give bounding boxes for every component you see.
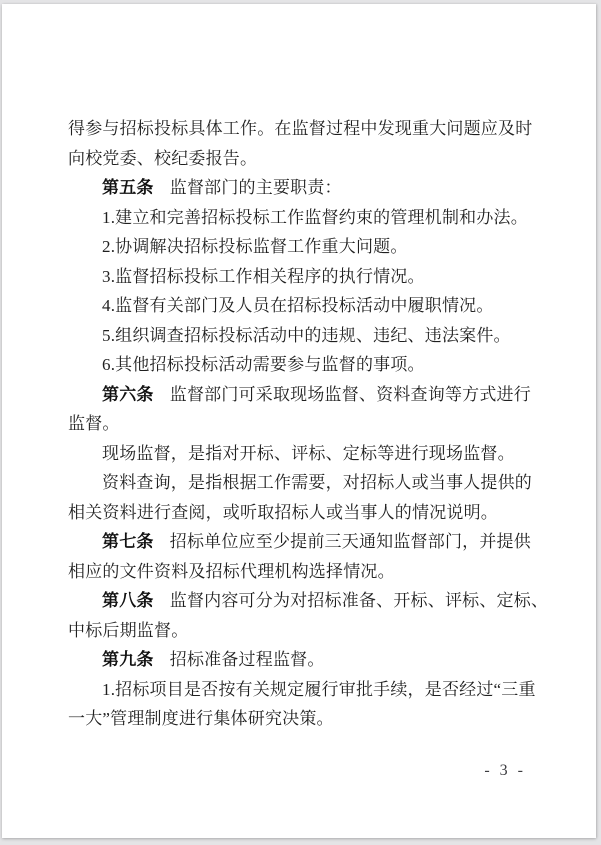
- line-text: 1.建立和完善招标投标工作监督约束的管理机制和办法。: [102, 208, 528, 227]
- text-line: 中标后期监督。: [68, 616, 530, 646]
- line-text: 监督。: [68, 414, 120, 433]
- line-text: 中标后期监督。: [68, 621, 188, 640]
- line-text: 向校党委、校纪委报告。: [68, 149, 257, 168]
- line-text: 招标单位应至少提前三天通知监督部门，并提供: [170, 532, 531, 551]
- document-page: 得参与招标投标具体工作。在监督过程中发现重大问题应及时 向校党委、校纪委报告。 …: [2, 4, 596, 838]
- text-line: 相应的文件资料及招标代理机构选择情况。: [68, 557, 530, 587]
- list-item-line: 6.其他招标投标活动需要参与监督的事项。: [68, 350, 530, 380]
- article-heading-line: 第五条监督部门的主要职责：: [68, 173, 530, 203]
- line-text: 2.协调解决招标投标监督工作重大问题。: [102, 237, 408, 256]
- page-number: - 3 -: [484, 761, 526, 781]
- line-text: 监督内容可分为对招标准备、开标、评标、定标、: [170, 591, 548, 610]
- scan-background: 得参与招标投标具体工作。在监督过程中发现重大问题应及时 向校党委、校纪委报告。 …: [0, 0, 601, 845]
- text-line: 向校党委、校纪委报告。: [68, 144, 530, 174]
- line-text: 1.招标项目是否按有关规定履行审批手续，是否经过“三重: [102, 680, 536, 699]
- text-line: 相关资料进行查阅，或听取招标人或当事人的情况说明。: [68, 498, 530, 528]
- line-text: 5.组织调查招标投标活动中的违规、违纪、违法案件。: [102, 326, 511, 345]
- line-text: 监督部门的主要职责：: [170, 178, 342, 197]
- line-text: 相关资料进行查阅，或听取招标人或当事人的情况说明。: [68, 503, 498, 522]
- article-heading-line: 第七条招标单位应至少提前三天通知监督部门，并提供: [68, 527, 530, 557]
- line-text: 相应的文件资料及招标代理机构选择情况。: [68, 562, 395, 581]
- line-text: 6.其他招标投标活动需要参与监督的事项。: [102, 355, 425, 374]
- article-number: 第七条: [102, 532, 154, 551]
- line-text: 4.监督有关部门及人员在招标投标活动中履职情况。: [102, 296, 494, 315]
- article-number: 第六条: [102, 385, 154, 404]
- text-line: 资料查询，是指根据工作需要，对招标人或当事人提供的: [68, 468, 530, 498]
- article-heading-line: 第六条监督部门可采取现场监督、资料查询等方式进行: [68, 380, 530, 410]
- document-body: 得参与招标投标具体工作。在监督过程中发现重大问题应及时 向校党委、校纪委报告。 …: [68, 114, 530, 734]
- text-line: 现场监督，是指对开标、评标、定标等进行现场监督。: [68, 439, 530, 469]
- line-text: 得参与招标投标具体工作。在监督过程中发现重大问题应及时: [68, 119, 532, 138]
- line-text: 招标准备过程监督。: [170, 650, 325, 669]
- list-item-line: 4.监督有关部门及人员在招标投标活动中履职情况。: [68, 291, 530, 321]
- text-line: 得参与招标投标具体工作。在监督过程中发现重大问题应及时: [68, 114, 530, 144]
- line-text: 监督部门可采取现场监督、资料查询等方式进行: [170, 385, 531, 404]
- line-text: 一大”管理制度进行集体研究决策。: [68, 709, 334, 728]
- article-heading-line: 第八条监督内容可分为对招标准备、开标、评标、定标、: [68, 586, 530, 616]
- article-number: 第九条: [102, 650, 154, 669]
- line-text: 现场监督，是指对开标、评标、定标等进行现场监督。: [102, 444, 515, 463]
- line-text: 资料查询，是指根据工作需要，对招标人或当事人提供的: [102, 473, 532, 492]
- article-heading-line: 第九条招标准备过程监督。: [68, 645, 530, 675]
- list-item-line: 1.建立和完善招标投标工作监督约束的管理机制和办法。: [68, 203, 530, 233]
- text-line: 一大”管理制度进行集体研究决策。: [68, 704, 530, 734]
- article-number: 第八条: [102, 591, 154, 610]
- text-line: 监督。: [68, 409, 530, 439]
- article-number: 第五条: [102, 178, 154, 197]
- text-line: 1.招标项目是否按有关规定履行审批手续，是否经过“三重: [68, 675, 530, 705]
- list-item-line: 5.组织调查招标投标活动中的违规、违纪、违法案件。: [68, 321, 530, 351]
- list-item-line: 3.监督招标投标工作相关程序的执行情况。: [68, 262, 530, 292]
- list-item-line: 2.协调解决招标投标监督工作重大问题。: [68, 232, 530, 262]
- line-text: 3.监督招标投标工作相关程序的执行情况。: [102, 267, 425, 286]
